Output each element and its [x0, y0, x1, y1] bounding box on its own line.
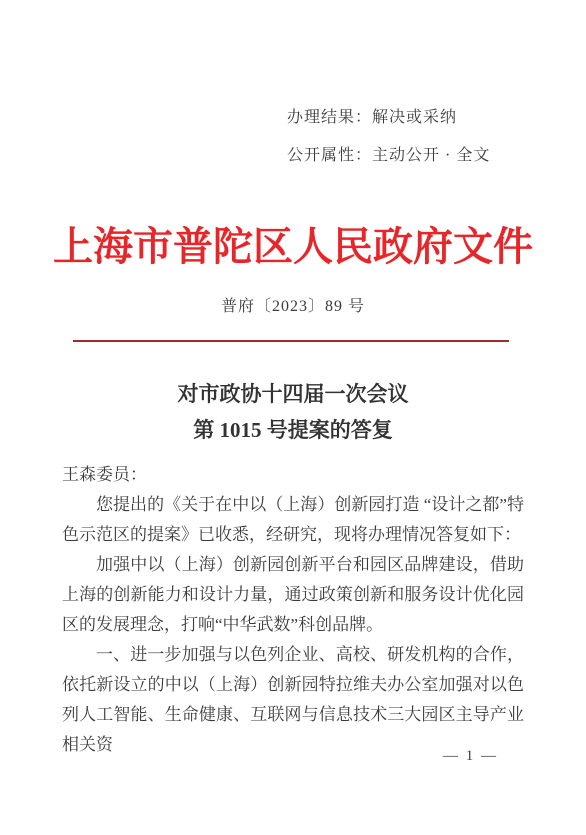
- page-number: — 1 —: [443, 748, 498, 765]
- body-paragraph: 您提出的《关于在中以（上海）创新园打造 “设计之都”特色示范区的提案》已收悉，经…: [62, 490, 524, 550]
- salutation: 王森委员：: [62, 460, 524, 490]
- letterhead-divider: [73, 340, 509, 342]
- document-body: 王森委员： 您提出的《关于在中以（上海）创新园打造 “设计之都”特色示范区的提案…: [62, 460, 524, 760]
- document-number: 普府〔2023〕89 号: [0, 293, 586, 316]
- document-title-line1: 对市政协十四届一次会议: [0, 376, 586, 412]
- government-letterhead-title: 上海市普陀区人民政府文件: [0, 215, 586, 272]
- handling-result: 办理结果：解决或采纳: [287, 99, 490, 137]
- document-page: 办理结果：解决或采纳 公开属性：主动公开 · 全文 上海市普陀区人民政府文件 普…: [0, 0, 586, 835]
- document-meta: 办理结果：解决或采纳 公开属性：主动公开 · 全文: [287, 99, 490, 175]
- publicity-attribute: 公开属性：主动公开 · 全文: [287, 137, 490, 175]
- document-title: 对市政协十四届一次会议 第 1015 号提案的答复: [0, 376, 586, 448]
- document-title-line2: 第 1015 号提案的答复: [0, 412, 586, 448]
- body-paragraph: 加强中以（上海）创新园创新平台和园区品牌建设，借助上海的创新能力和设计力量，通过…: [62, 550, 524, 640]
- body-paragraph: 一、进一步加强与以色列企业、高校、研发机构的合作，依托新设立的中以（上海）创新园…: [62, 640, 524, 760]
